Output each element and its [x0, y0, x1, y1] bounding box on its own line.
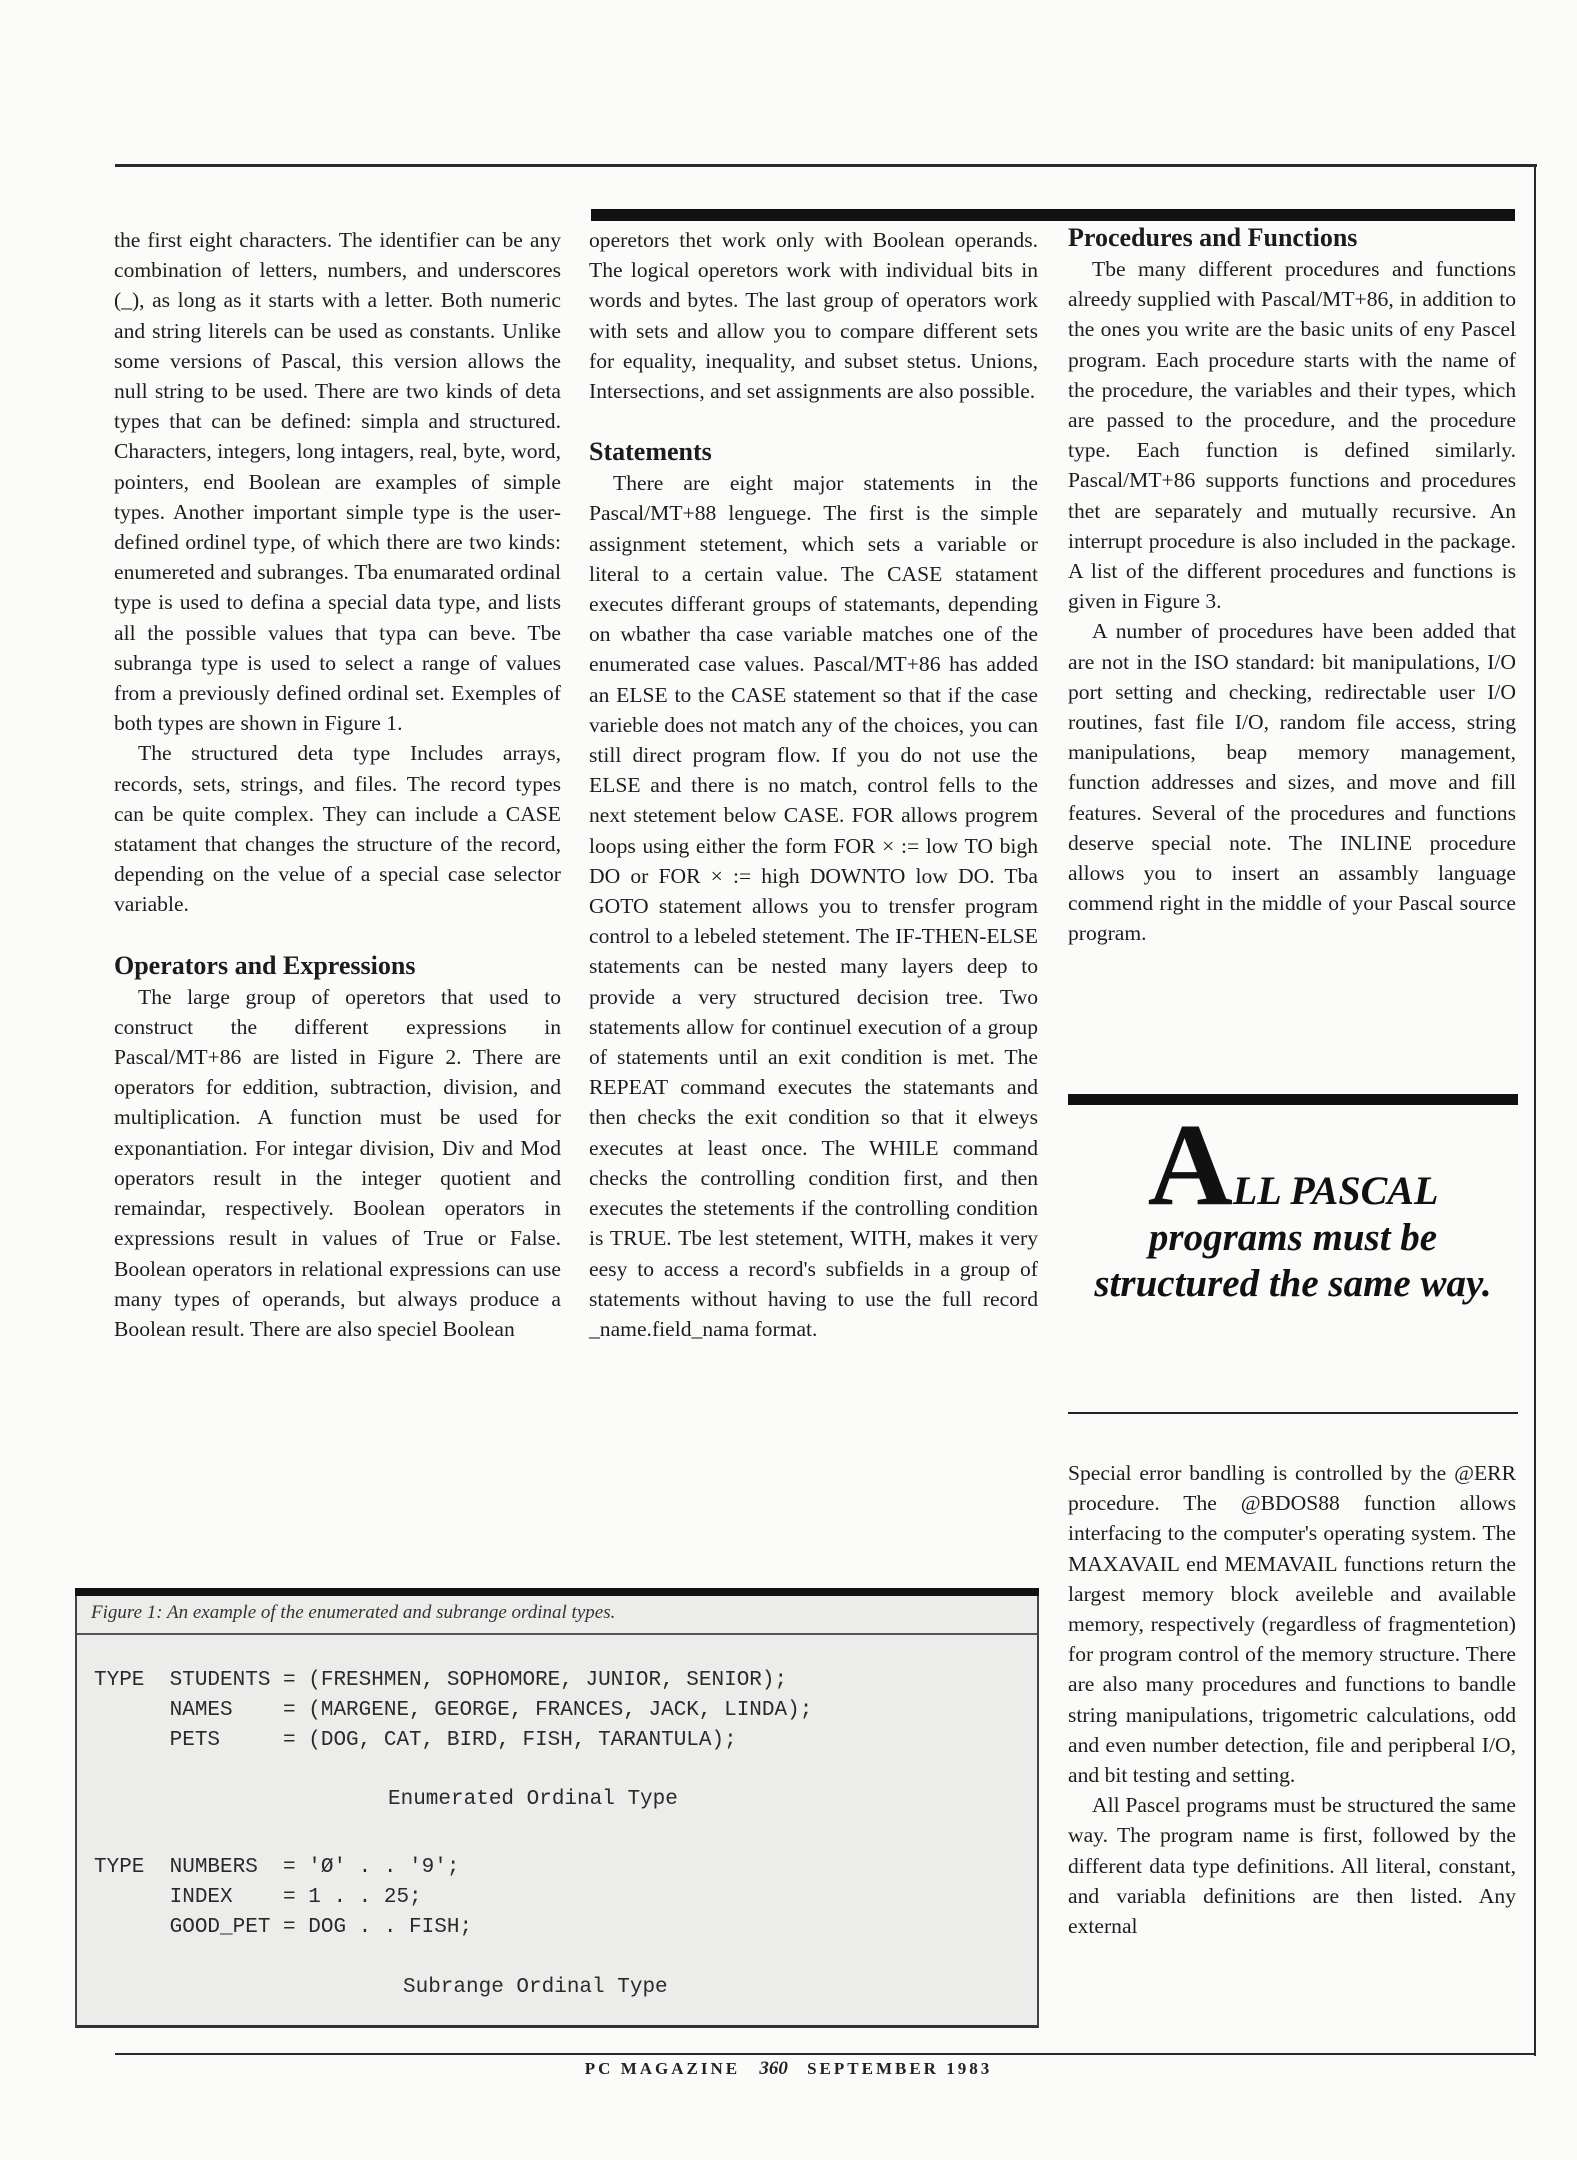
- section-heading-operators: Operators and Expressions: [114, 950, 561, 982]
- body-paragraph: Tbe many different procedures and functi…: [1068, 254, 1516, 616]
- pull-quote-bottom-rule: [1068, 1412, 1518, 1414]
- body-paragraph: Special error bandling is controlled by …: [1068, 1458, 1516, 1790]
- article-column-3-continued: Special error bandling is controlled by …: [1068, 1458, 1516, 1941]
- caption-rule: [77, 1633, 1037, 1635]
- subrange-label: Subrange Ordinal Type: [403, 1976, 668, 1999]
- figure-1-box: Figure 1: An example of the enumerated a…: [75, 1588, 1039, 2028]
- body-paragraph: operetors thet work only with Boolean op…: [589, 225, 1038, 406]
- drop-cap: A: [1148, 1115, 1233, 1215]
- subrange-code-block: TYPE NUMBERS = 'Ø' . . '9'; INDEX = 1 . …: [94, 1853, 472, 1943]
- page-number: 360: [759, 2058, 788, 2079]
- page-right-rule: [1534, 164, 1536, 2056]
- pull-quote-top-bar: [1068, 1094, 1518, 1105]
- enumerated-code-block: TYPE STUDENTS = (FRESHMEN, SOPHOMORE, JU…: [94, 1666, 812, 1756]
- article-column-3: Procedures and Functions Tbe many differ…: [1068, 222, 1516, 949]
- pull-quote: ALL PASCAL programs must be structured t…: [1068, 1094, 1518, 1414]
- body-paragraph: The large group of operetors that used t…: [114, 982, 561, 1344]
- pull-quote-text: programs must be structured the same way…: [1068, 1215, 1518, 1307]
- section-heading-statements: Statements: [589, 436, 1038, 468]
- article-column-1: the first eight characters. The identifi…: [114, 225, 561, 1344]
- figure-caption: Figure 1: An example of the enumerated a…: [91, 1602, 615, 1624]
- body-paragraph: The structured deta type Includes arrays…: [114, 738, 561, 919]
- enumerated-label: Enumerated Ordinal Type: [388, 1788, 678, 1811]
- body-paragraph: There are eight major statements in the …: [589, 468, 1038, 1344]
- page-top-rule: [115, 164, 1537, 167]
- body-paragraph: A number of procedures have been added t…: [1068, 616, 1516, 948]
- page-footer: PC MAGAZINE 360 SEPTEMBER 1983: [0, 2058, 1577, 2080]
- figure-top-bar: [75, 1588, 1039, 1596]
- body-paragraph: All Pascel programs must be structured t…: [1068, 1790, 1516, 1941]
- magazine-name: PC MAGAZINE: [585, 2059, 740, 2078]
- body-paragraph: the first eight characters. The identifi…: [114, 225, 561, 738]
- section-heading-procedures: Procedures and Functions: [1068, 222, 1516, 254]
- pull-quote-first-line: LL PASCAL: [1233, 1168, 1439, 1213]
- article-column-2: operetors thet work only with Boolean op…: [589, 225, 1038, 1344]
- page-bottom-rule: [115, 2053, 1536, 2055]
- column-divider-bar: [591, 209, 1515, 221]
- issue-date: SEPTEMBER 1983: [807, 2059, 992, 2078]
